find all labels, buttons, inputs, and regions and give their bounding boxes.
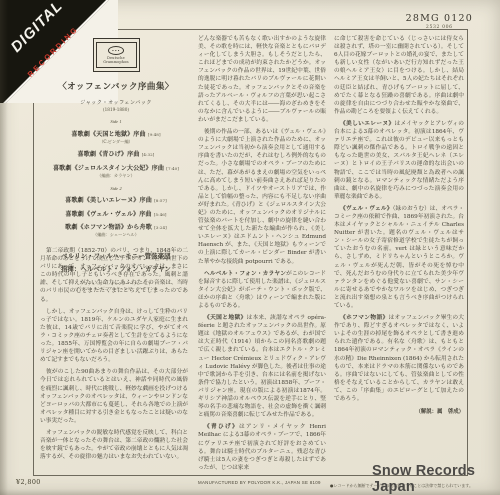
- paragraph-lead: 《天国と地獄》: [204, 315, 247, 321]
- liner-notes-author-credit: （解説：属 啓成）: [334, 407, 464, 415]
- catalog-number-international: 2532 006: [406, 25, 473, 30]
- track-title: 喜歌劇《青ひげ》序曲 [4:32]: [42, 149, 190, 158]
- track-duration: [9:48]: [148, 132, 161, 137]
- paragraph-lead: 《美しいエレーヌ》: [340, 121, 395, 127]
- track-duration: [5:46]: [154, 212, 167, 217]
- catalog-block: 28MG 0120 2532 006: [406, 13, 473, 30]
- dg-logo-inner: ••• Deutsche Grammophon: [96, 42, 137, 68]
- deutsche-grammophon-logo: ••• Deutsche Grammophon: [93, 38, 140, 72]
- liner-notes-paragraph: 《天国と地獄》は本来、詼諧なオペラ opéra-féerie と題されたオッフェ…: [198, 314, 326, 419]
- track-duration: [7:40]: [166, 166, 179, 171]
- liner-notes-right-column: に命じて殺害を命じている（じっさいには侍女らは殺されず、塔の一室に幽閉されている…: [334, 35, 464, 475]
- track-title: 喜歌劇《美しいエレーヌ》序曲 [8:57]: [42, 195, 190, 204]
- track-arranger-note: （C.ビンダー編）: [42, 139, 190, 145]
- side-label: Side 2: [42, 186, 190, 191]
- composer-name: ジャック・オッフェンバック: [42, 99, 190, 106]
- snow-records-watermark: Snow Records Japan: [372, 463, 500, 495]
- track-title: 喜歌劇《ヴェル・ヴェル》序曲 [5:46]: [42, 209, 190, 218]
- track-duration: [8:57]: [154, 198, 167, 203]
- liner-notes-paragraph: 第二帝政期（1852-70）のパリ、つまり、1848年の二月革命のあとをうけて成…: [40, 247, 188, 304]
- price-label: ¥2,800: [16, 478, 41, 486]
- composer-dates: (1819-1880): [42, 107, 190, 112]
- tulip-crest-icon: •••: [108, 46, 124, 55]
- liner-notes-paragraph: 彼がのこした90曲あまりの舞台作品は、その大部分が今日では忘れられているとはいえ…: [40, 368, 188, 425]
- track-arranger-note: （編曲：カラヤン）: [42, 173, 190, 179]
- paragraph-lead: 《青ひげ》: [204, 424, 239, 430]
- track-title: 歌劇《ホフマン物語》から舟歌 [3:24]: [42, 222, 190, 231]
- paragraph-lead: ヘルベルト・フォン・カラヤン: [204, 271, 286, 277]
- liner-notes-paragraph: 《美しいエレーヌ》はメイヤックとアレヴィの台本による3幕のオペレッタ。初演は18…: [334, 120, 464, 201]
- liner-notes-paragraph: 後期の作品の一部、あるいは《ヴェル・ヴェル》のように大劇場で上演された作品のため…: [198, 128, 326, 266]
- liner-notes-middle-column: どんな楽器でも苦もなく歌い出すかのような旋律美、その歌を時には、軽快な音楽ととも…: [198, 35, 326, 475]
- liner-notes-paragraph: ヘルベルト・フォン・カラヤンがこのレコードを録音するに際して使用した楽譜は、《ジ…: [198, 270, 326, 310]
- liner-notes-paragraph: オッフェンバックの鋭敏な時代感覚を反映して、科白と音楽が一体となったその舞台は、…: [40, 429, 188, 461]
- liner-notes-paragraph: 《ヴェル・ヴェル》（緑のおうむ）は、オペラ・コミーク座の依頼で作曲、1869年初…: [334, 205, 464, 310]
- record-back-cover: DIGITAL RECORDING 28MG 0120 2532 006 •••…: [0, 0, 500, 495]
- track-title: 喜歌劇《ジェロルスタイン大公妃》序曲 [7:40]: [42, 163, 190, 172]
- track-arranger-note: （編曲：シェーンヘル）: [42, 232, 190, 238]
- track-title: 喜歌劇《天国と地獄》序曲 [9:48]: [42, 129, 190, 138]
- liner-notes-paragraph: 《青ひげ》はアンリ・メイヤック Henri Meilhac による3幕のオペラ・…: [198, 423, 326, 472]
- manufactured-by-label: MANUFACTURED BY POLYDOR K.K., JAPAN SE 8…: [198, 480, 321, 485]
- liner-notes-paragraph: に命じて殺害を命じている（じっさいには侍女らは殺されず、塔の一室に幽閉されている…: [334, 35, 464, 116]
- liner-notes-paragraph: しかし、オッフェンバック自身は、けっして生粋のパリっ子ではない。1819年、ケル…: [40, 308, 188, 365]
- track-duration: [3:24]: [154, 225, 167, 230]
- track-duration: [4:32]: [142, 152, 155, 157]
- liner-notes-left-column: 第二帝政期（1852-70）のパリ、つまり、1848年の二月革命のあとをうけて成…: [40, 247, 188, 474]
- paragraph-lead: 《ホフマン物語》: [340, 315, 389, 321]
- liner-notes-paragraph: どんな楽器でも苦もなく歌い出すかのような旋律美、その歌を時には、軽快な音楽ととも…: [198, 35, 326, 124]
- album-title: 〈オッフェンバック序曲集〉: [42, 80, 190, 92]
- paragraph-lead: 《ヴェル・ヴェル》: [340, 206, 393, 212]
- dg-brand-bottom: Grammophon: [103, 60, 128, 64]
- tracklist: Side 1喜歌劇《天国と地獄》序曲 [9:48]（C.ビンダー編）喜歌劇《青ひ…: [42, 119, 190, 238]
- catalog-number: 28MG 0120: [406, 13, 473, 24]
- side-label: Side 1: [42, 119, 190, 124]
- liner-notes-paragraph: 《ホフマン物語》はオッフェンバック畢生の大作であり、際どすぎるオペレッタではなく…: [334, 314, 464, 403]
